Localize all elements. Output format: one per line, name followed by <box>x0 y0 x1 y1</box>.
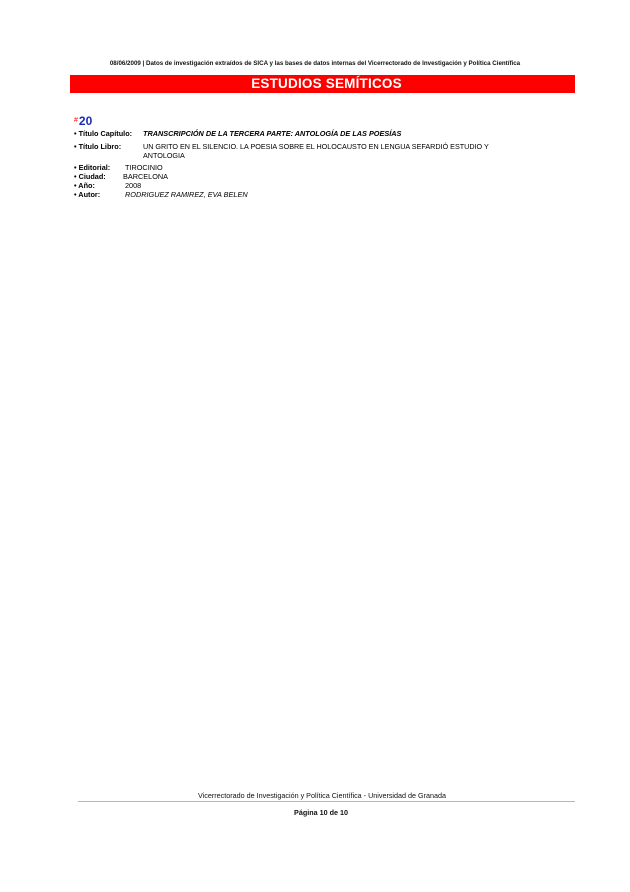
field-label: • Editorial: <box>74 163 110 172</box>
field-label: • Título Capítulo: <box>74 129 132 138</box>
field-titulo-capitulo: • Título Capítulo: TRANSCRIPCIÓN DE LA T… <box>74 129 574 138</box>
section-title: ESTUDIOS SEMÍTICOS <box>70 75 575 93</box>
field-label: • Autor: <box>74 190 100 199</box>
page-number: Página 10 de 10 <box>0 808 630 817</box>
field-value: UN GRITO EN EL SILENCIO. LA POESIA SOBRE… <box>143 142 523 160</box>
field-ciudad: • Ciudad: BARCELONA <box>74 172 574 181</box>
field-autor: • Autor: RODRIGUEZ RAMIREZ, EVA BELEN <box>74 190 574 199</box>
field-value: 2008 <box>125 181 574 190</box>
record-entry: #20 • Título Capítulo: TRANSCRIPCIÓN DE … <box>74 114 574 199</box>
field-titulo-libro: • Título Libro: UN GRITO EN EL SILENCIO.… <box>74 142 574 160</box>
hash-icon: # <box>74 117 78 124</box>
field-editorial: • Editorial: TIROCINIO <box>74 163 574 172</box>
document-header: 08/06/2009 | Datos de investigación extr… <box>0 60 630 67</box>
section-banner: ESTUDIOS SEMÍTICOS <box>70 75 575 93</box>
record-number-value: 20 <box>79 114 92 128</box>
field-value: RODRIGUEZ RAMIREZ, EVA BELEN <box>125 190 574 199</box>
field-value: BARCELONA <box>123 172 574 181</box>
field-value: TRANSCRIPCIÓN DE LA TERCERA PARTE: ANTOL… <box>143 129 574 138</box>
field-label: • Título Libro: <box>74 142 121 151</box>
field-label: • Año: <box>74 181 95 190</box>
field-value: TIROCINIO <box>125 163 574 172</box>
footer-institution: Vicerrectorado de Investigación y Políti… <box>0 791 630 800</box>
record-number: #20 <box>74 114 574 128</box>
field-anio: • Año: 2008 <box>74 181 574 190</box>
footer-divider <box>78 801 575 802</box>
field-label: • Ciudad: <box>74 172 106 181</box>
